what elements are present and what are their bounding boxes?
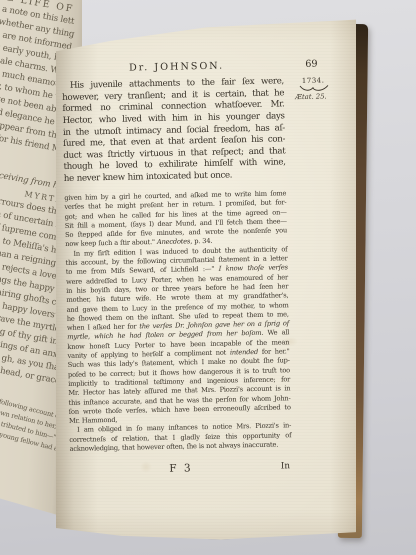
book-photo: E LIFE OFa note on this lettBut whether … — [0, 0, 416, 555]
page-number: 69 — [305, 59, 317, 70]
page-content: Dr. JOHNSON. 69 1734. Ætat. 25. His juve… — [51, 15, 362, 543]
signature-mark: F 3 — [70, 460, 292, 477]
aetat-label: Ætat. 25. — [295, 92, 343, 101]
year-brace — [299, 84, 329, 92]
running-head: Dr. JOHNSON. — [129, 61, 224, 74]
signature-row: F 3 In — [70, 460, 292, 479]
footnote-text: given him by a girl he courted, and aſke… — [64, 189, 291, 454]
body-text: His juvenile attachments to the fair ſex… — [62, 76, 286, 185]
year-label: 1734. — [295, 76, 343, 85]
margin-note: 1734. Ætat. 25. — [295, 76, 343, 101]
running-head-row: Dr. JOHNSON. 69 — [65, 59, 287, 75]
catchword: In — [281, 461, 290, 471]
right-page: Dr. JOHNSON. 69 1734. Ætat. 25. His juve… — [56, 18, 356, 540]
